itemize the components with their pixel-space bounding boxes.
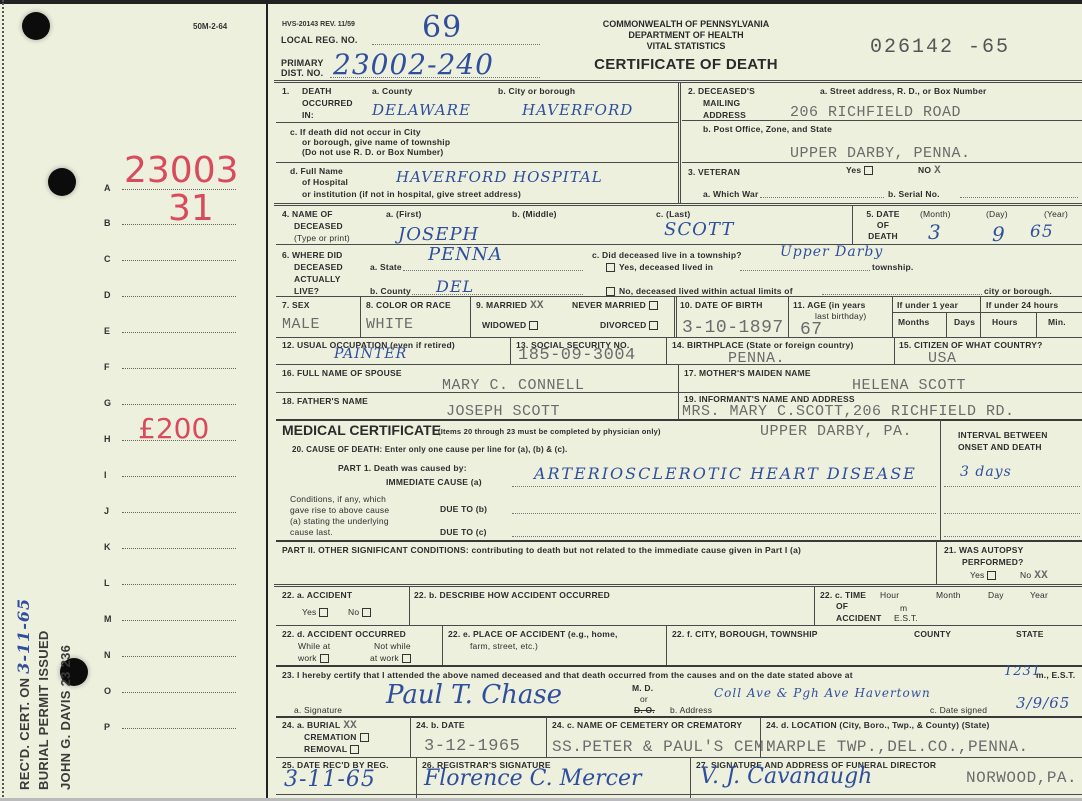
item9-widowed-option[interactable]: WIDOWED (482, 320, 538, 330)
stub-line-e (122, 332, 236, 333)
item19-value-line2: UPPER DARBY, PA. (760, 423, 912, 440)
section-divider-1 (274, 203, 1082, 206)
stub-divider (266, 4, 268, 801)
item7-label: 7. SEX (282, 300, 310, 310)
item23-text: 23. I hereby certify that I attended the… (282, 670, 853, 680)
interval-label-1: INTERVAL BETWEEN (958, 430, 1048, 440)
stub-letter: C (104, 254, 111, 264)
item11-divider (892, 297, 893, 337)
item4-heading-3: (Type or print) (294, 233, 350, 243)
item6-city-suffix: city or borough. (984, 286, 1052, 296)
item22d-while-checkbox[interactable] (320, 654, 329, 663)
interval-a-value: 3 days (960, 464, 1012, 480)
item22c-hour: Hour (880, 590, 899, 600)
item2-street-label: a. Street address, R. D., or Box Number (820, 86, 987, 96)
item9-never-married-label: NEVER MARRIED (572, 300, 646, 310)
item5-day-value: 9 (992, 222, 1006, 246)
item24a-divider (410, 717, 411, 757)
item20-label: 20. CAUSE OF DEATH: Enter only one cause… (292, 445, 567, 455)
item22a-yes-option[interactable]: Yes (302, 607, 328, 617)
section-divider-5 (276, 364, 1082, 365)
item18-label: 18. FATHER'S NAME (282, 396, 368, 406)
section-divider-4 (276, 337, 1082, 338)
item11-label-2: last birthday) (815, 311, 866, 321)
autopsy-no-label: No (1020, 570, 1031, 580)
item4-heading-2: DECEASED (294, 221, 343, 231)
stub-line-l (122, 584, 236, 585)
md-label: M. D. (632, 683, 653, 693)
do-label: D. O. (634, 705, 655, 715)
item22d-while-label-1: While at (298, 641, 330, 651)
item2-street-value: 206 RICHFIELD ROAD (790, 104, 961, 121)
item6-no-city-label: No, deceased lived within actual limits … (619, 286, 793, 296)
rec-cert-date: 3-11-65 (14, 598, 33, 674)
item1-number: 1. (282, 86, 290, 96)
item15-label: 15. CITIZEN OF WHAT COUNTRY? (899, 340, 1042, 350)
stub-line-m (122, 620, 236, 621)
stub-line-j (122, 512, 236, 513)
primary-dist-value: 23002-240 (333, 48, 494, 81)
item1-heading-3: IN: (302, 110, 314, 120)
stub-letter: A (104, 183, 111, 193)
item9-never-married-option[interactable]: NEVER MARRIED (572, 300, 658, 310)
conditions-label-1: Conditions, if any, which (290, 494, 386, 504)
certificate-number: 026142 -65 (870, 36, 1010, 59)
item24b-label: 24. b. DATE (416, 720, 465, 730)
item6-yes-township-option[interactable]: Yes, deceased lived in (606, 262, 713, 272)
item2-po-value: UPPER DARBY, PENNA. (790, 145, 971, 162)
physician-signature: Paul T. Chase (386, 680, 562, 710)
registrar-signature: Florence C. Mercer (424, 766, 642, 791)
item14-divider (894, 338, 895, 364)
item22d-while-label-2: work (298, 653, 317, 663)
immediate-cause-value: ARTERIOSCLEROTIC HEART DISEASE (534, 464, 917, 483)
item6-township-question: c. Did deceased live in a township? (592, 250, 742, 260)
stub-red-annotation-h: £200 (138, 412, 209, 445)
item8-divider (470, 297, 471, 337)
item11-under1-label: If under 1 year (897, 300, 958, 310)
interval-c-line (944, 536, 1080, 537)
section-divider-6 (276, 392, 1082, 393)
item18-divider (678, 393, 679, 419)
item4-heading-1: 4. NAME OF (282, 209, 333, 219)
item11-hours: Hours (992, 317, 1018, 327)
stub-line-g (122, 404, 236, 405)
stub-line-i (122, 476, 236, 477)
item25-divider (416, 758, 417, 798)
item2-heading-2: MAILING (703, 98, 740, 108)
due-to-b-label: DUE TO (b) (440, 504, 487, 514)
item22c-month: Month (936, 590, 961, 600)
item4-first-label: a. (First) (386, 209, 422, 219)
stub-letter: H (104, 434, 111, 444)
item22d-not-option[interactable]: at work (370, 653, 411, 663)
item24b-value: 3-12-1965 (424, 737, 520, 756)
item3-no-label: NO (918, 165, 931, 175)
item22c-label-3: ACCIDENT (836, 613, 882, 623)
item14-label: 14. BIRTHPLACE (State or foreign country… (672, 340, 854, 350)
item22f-state: STATE (1016, 629, 1044, 639)
item22a-yes-checkbox[interactable] (319, 608, 328, 617)
item24a-cremation-label: CREMATION (304, 732, 357, 742)
item1-hospital-label-2: of Hospital (302, 177, 348, 187)
item5-heading-3: DEATH (858, 231, 908, 241)
item6-township-suffix: township. (872, 262, 913, 272)
item3-yes-option[interactable]: Yes (846, 165, 873, 175)
item22e-label-2: farm, street, etc.) (470, 641, 538, 651)
section-divider-8 (276, 540, 1082, 542)
item22f-county: COUNTY (914, 629, 951, 639)
item3-serial-label: b. Serial No. (888, 189, 940, 199)
item22c-label-2: OF (836, 601, 848, 611)
stub-letter: O (104, 686, 111, 696)
stub-red-annotation-a: 23003 (124, 150, 239, 191)
section-divider-10 (276, 625, 1082, 626)
item4-last-value: SCOTT (664, 219, 734, 240)
funeral-director-address: NORWOOD,PA. (966, 769, 1077, 787)
item7-divider (360, 297, 361, 337)
item12-divider (510, 338, 511, 364)
physician-address: Coll Ave & Pgh Ave Havertown (714, 686, 931, 700)
item2-line-1 (682, 120, 1082, 121)
item24a-removal-checkbox[interactable] (350, 745, 359, 754)
item22c-est: E.S.T. (894, 613, 918, 623)
item22d-label: 22. d. ACCIDENT OCCURRED (282, 629, 406, 639)
punch-hole-middle (48, 168, 76, 196)
item22c-year: Year (1030, 590, 1048, 600)
stub-letter: E (104, 326, 110, 336)
interval-column-divider (940, 420, 941, 540)
item3-war-label: a. Which War (703, 189, 758, 199)
item6-state-value: PENNA (428, 244, 503, 265)
item22a-no-option[interactable]: No (348, 607, 371, 617)
agency-line-2: DEPARTMENT OF HEALTH (586, 30, 786, 40)
local-reg-value: 69 (422, 10, 462, 45)
item1-line-2 (276, 162, 678, 163)
item5-year-label: (Year) (1044, 209, 1068, 219)
item6-township-line (740, 270, 870, 271)
item9-divider (674, 297, 677, 337)
item3-no-option[interactable]: NOX (918, 165, 941, 176)
item11-months: Months (898, 317, 929, 327)
autopsy-yes-checkbox[interactable] (987, 571, 996, 580)
item5-heading-2: OF (858, 220, 908, 230)
item22a-label: 22. a. ACCIDENT (282, 590, 352, 600)
stub-red-annotation-b: 31 (168, 188, 214, 229)
item2-line-2 (682, 162, 1082, 163)
interval-b-line (944, 513, 1080, 514)
item9-widowed-label: WIDOWED (482, 320, 526, 330)
item22c-m: m (900, 603, 907, 613)
item22b-divider (814, 587, 815, 625)
perforation-edge (0, 0, 4, 801)
stub-line-n (122, 656, 236, 657)
stub-burial-permit-line: BURIAL PERMIT ISSUED (36, 630, 51, 790)
item18-value: JOSEPH SCOTT (446, 403, 560, 420)
item1-line-1 (276, 122, 678, 123)
form-number: HVS-20143 REV. 11/59 (282, 21, 355, 28)
rec-cert-label: REC'D. CERT. ON (17, 678, 32, 790)
autopsy-no-checkbox[interactable]: XX (1034, 571, 1048, 581)
stub-letter: L (104, 578, 110, 588)
stub-line-k (122, 548, 236, 549)
stub-letter: B (104, 218, 111, 228)
date-signed-label: c. Date signed (930, 705, 987, 715)
signature-label: a. Signature (294, 705, 342, 715)
item12-value: PAINTER (334, 346, 407, 362)
item23-time-suffix: m., E.S.T. (1036, 670, 1075, 680)
item9-married-label: 9. MARRIED (476, 300, 527, 310)
item22a-no-checkbox[interactable] (362, 608, 371, 617)
section-divider-13 (276, 757, 1082, 758)
stub-letter: G (104, 398, 111, 408)
date-signed-value: 3/9/65 (1016, 694, 1070, 712)
item1-township-label-3: (Do not use R. D. or Box Number) (302, 147, 443, 157)
immediate-cause-line (512, 486, 936, 487)
item25-value: 3-11-65 (284, 767, 376, 792)
item1-county-value: DELAWARE (372, 101, 471, 119)
interval-label-2: ONSET AND DEATH (958, 442, 1042, 452)
section-divider-7 (276, 419, 1082, 421)
item16-divider (678, 365, 679, 393)
item1-heading-2: OCCURRED (302, 98, 353, 108)
item6-county-label: b. County (370, 286, 411, 296)
item2-heading-3: ADDRESS (703, 110, 746, 120)
or-label: or (640, 694, 648, 704)
due-to-c-label: DUE TO (c) (440, 527, 487, 537)
address-label: b. Address (670, 705, 712, 715)
item22f-label: 22. f. CITY, BOROUGH, TOWNSHIP (672, 629, 818, 639)
item11-label: 11. AGE (in years (793, 300, 866, 310)
item4-item5-divider (852, 205, 853, 245)
item1-city-value: HAVERFORD (522, 101, 633, 119)
punch-hole-top (22, 12, 50, 40)
item9-divorced-label: DIVORCED (600, 320, 646, 330)
stub-letter: I (104, 470, 107, 480)
stub-letter: P (104, 722, 110, 732)
section-divider-9 (274, 584, 1082, 587)
item24d-value: MARPLE TWP.,DEL.CO.,PENNA. (766, 738, 1029, 756)
item11-min: Min. (1048, 317, 1066, 327)
item24a-cremation-option[interactable]: CREMATION (304, 732, 369, 742)
local-reg-label: LOCAL REG. NO. (281, 35, 358, 45)
item24a-removal-label: REMOVAL (304, 744, 347, 754)
certificate-title: CERTIFICATE OF DEATH (586, 56, 786, 73)
item6-township-value: Upper Darby (780, 244, 883, 260)
item22c-label-1: 22. c. TIME (820, 590, 866, 600)
item24a-cremation-checkbox[interactable] (360, 733, 369, 742)
conditions-label-3: (a) stating the underlying (290, 516, 389, 526)
stub-line-d (122, 296, 236, 297)
section-divider-12 (276, 716, 1082, 718)
item9-divorced-option[interactable]: DIVORCED (600, 320, 658, 330)
item11-hours-divider (1036, 312, 1037, 337)
item24a-burial-checkbox[interactable]: XX (343, 721, 357, 731)
item9-divorced-checkbox[interactable] (649, 321, 658, 330)
item6-county-value: DEL (436, 277, 474, 296)
item22d-while-option[interactable]: work (298, 653, 329, 663)
item3-label: 3. VETERAN (688, 167, 740, 177)
item5-day-label: (Day) (986, 209, 1008, 219)
primary-dist-label-1: PRIMARY (281, 58, 324, 68)
item10-value: 3-10-1897 (682, 318, 784, 338)
item1-hospital-label-1: d. Full Name (290, 166, 343, 176)
item4-middle-label: b. (Middle) (512, 209, 557, 219)
item3-war-line (760, 197, 884, 198)
item10-divider (788, 297, 789, 337)
item3-yes-label: Yes (846, 165, 861, 175)
interval-a-line (944, 486, 1080, 487)
item6-yes-township-label: Yes, deceased lived in (619, 262, 713, 272)
item6-yes-township-checkbox[interactable] (606, 263, 615, 272)
immediate-cause-label: IMMEDIATE CAUSE (a) (386, 477, 482, 487)
stub-letter: F (104, 362, 110, 372)
item6-no-city-checkbox[interactable] (606, 287, 615, 296)
item9-widowed-checkbox[interactable] (529, 321, 538, 330)
item5-month-value: 3 (928, 220, 942, 244)
item2-po-label: b. Post Office, Zone, and State (703, 124, 832, 134)
item1-city-label: b. City or borough (498, 86, 575, 96)
item6-no-city-option[interactable]: No, deceased lived within actual limits … (606, 286, 793, 296)
stub-form-code: 50M-2-64 (193, 22, 227, 31)
medical-subtitle: (Items 20 through 23 must be completed b… (438, 427, 661, 437)
item11-days: Days (954, 317, 975, 327)
conditions-label-4: cause last. (290, 527, 333, 537)
item6-heading-3: ACTUALLY (294, 274, 341, 284)
item17-label: 17. MOTHER'S MAIDEN NAME (684, 368, 811, 378)
item13-value: 185-09-3004 (518, 346, 636, 365)
item22b-label: 22. b. DESCRIBE HOW ACCIDENT OCCURRED (414, 590, 610, 600)
autopsy-label-2: PERFORMED? (962, 557, 1024, 567)
item1-township-label-1: c. If death did not occur in City (290, 127, 421, 137)
medical-title: MEDICAL CERTIFICATE (282, 422, 441, 438)
item9-married-option[interactable]: 9. MARRIEDXX (476, 300, 544, 311)
section-divider-2 (276, 244, 1082, 245)
autopsy-divider (936, 541, 937, 585)
item22a-divider (409, 587, 410, 625)
item6-state-line (403, 270, 583, 271)
item6-heading-1: 6. WHERE DID (282, 250, 343, 260)
stub-rec-cert-line: REC'D. CERT. ON 3-11-65 (14, 598, 33, 790)
item24a-burial-label: 24. a. BURIAL (282, 720, 340, 730)
item24a-burial-option[interactable]: 24. a. BURIALXX (282, 720, 357, 731)
item11-days-divider (980, 297, 981, 337)
autopsy-yes-option[interactable]: Yes (970, 570, 996, 580)
stub-line-c (122, 260, 236, 261)
item1-item2-divider (678, 82, 681, 203)
part1-label: PART 1. Death was caused by: (338, 463, 467, 473)
item11-under24-label: If under 24 hours (986, 300, 1058, 310)
bottom-rule (276, 794, 1082, 795)
item22d-not-label-2: at work (370, 653, 399, 663)
item6-heading-4: LIVE? (294, 286, 319, 296)
item1-hospital-value: HAVERFORD HOSPITAL (396, 168, 603, 186)
item9-never-married-checkbox[interactable] (649, 301, 658, 310)
item4-first-value: JOSEPH (398, 224, 479, 245)
item1-township-label-2: or borough, give name of township (302, 137, 450, 147)
death-certificate-page: 50M-2-64 A B C D E F G H I J K L M N O P (0, 0, 1082, 801)
item5-month-label: (Month) (920, 209, 951, 219)
item6-state-label: a. State (370, 262, 402, 272)
part2-label: PART II. OTHER SIGNIFICANT CONDITIONS: c… (282, 545, 801, 555)
autopsy-no-option[interactable]: NoXX (1020, 570, 1048, 581)
item4-last-label: c. (Last) (656, 209, 690, 219)
item24c-divider (760, 717, 761, 757)
item24d-label: 24. d. LOCATION (City, Boro., Twp., & Co… (766, 720, 990, 730)
item6-city-line (822, 294, 982, 295)
item22e-divider (666, 626, 667, 666)
primary-dist-label-2: DIST. NO. (281, 68, 323, 78)
item7-value: MALE (282, 316, 320, 333)
stub-letter: N (104, 650, 111, 660)
stub-line-f (122, 368, 236, 369)
item24c-label: 24. c. NAME OF CEMETERY OR CREMATORY (552, 720, 742, 730)
item2-heading-1: 2. DECEASED'S (688, 86, 755, 96)
stub-line-p (122, 728, 236, 729)
item16-label: 16. FULL NAME OF SPOUSE (282, 368, 402, 378)
item22a-no-label: No (348, 607, 359, 617)
stub-letter: K (104, 542, 111, 552)
agency-line-3: VITAL STATISTICS (586, 41, 786, 51)
item24a-removal-option[interactable]: REMOVAL (304, 744, 359, 754)
stub-letter: J (104, 506, 109, 516)
item8-value: WHITE (366, 316, 414, 333)
autopsy-label-1: 21. WAS AUTOPSY (944, 545, 1024, 555)
item24c-value: SS.PETER & PAUL'S CEM. (552, 738, 774, 756)
due-to-b-line (512, 513, 936, 514)
item22c-day: Day (988, 590, 1004, 600)
item9-married-checkbox[interactable]: XX (530, 301, 544, 311)
item6-heading-2: DECEASED (294, 262, 343, 272)
item22d-not-label-1: Not while (374, 641, 411, 651)
item11-months-divider (946, 312, 947, 337)
stub-letter: D (104, 290, 111, 300)
item22a-yes-label: Yes (302, 607, 316, 617)
item26-divider (690, 758, 691, 798)
item8-label: 8. COLOR OR RACE (366, 300, 451, 310)
item19-value-line1: MRS. MARY C.SCOTT,206 RICHFIELD RD. (682, 403, 1015, 420)
item3-yes-checkbox[interactable] (864, 166, 873, 175)
item13-divider (666, 338, 667, 364)
item3-no-checkbox[interactable]: X (934, 166, 941, 176)
item1-heading-1: DEATH (302, 86, 332, 96)
item5-year-value: 65 (1030, 222, 1054, 242)
item1-county-label: a. County (372, 86, 413, 96)
scan-top-edge (0, 0, 1082, 4)
item22d-divider (442, 626, 443, 666)
due-to-c-line (512, 536, 936, 537)
stub-registrar-line: JOHN G. DAVIS 23 236 (58, 645, 73, 790)
stub-letter: M (104, 614, 112, 624)
section-divider-11 (276, 665, 1082, 667)
item3-serial-line (960, 197, 1078, 198)
item22d-not-checkbox[interactable] (402, 654, 411, 663)
autopsy-yes-label: Yes (970, 570, 984, 580)
agency-line-1: COMMONWEALTH OF PENNSYLVANIA (586, 19, 786, 29)
stub-line-o (122, 692, 236, 693)
item5-heading-1: 5. DATE (858, 209, 908, 219)
item1-hospital-label-3: or institution (if not in hospital, give… (302, 189, 521, 199)
item10-label: 10. DATE OF BIRTH (680, 300, 763, 310)
item11-sub-line (892, 312, 1082, 313)
funeral-director-signature: V. J. Cavanaugh (700, 764, 872, 789)
item22e-label-1: 22. e. PLACE OF ACCIDENT (e.g., home, (448, 629, 618, 639)
section-divider-3 (276, 296, 1082, 297)
conditions-label-2: gave rise to above cause (290, 505, 389, 515)
item24b-divider (546, 717, 547, 757)
